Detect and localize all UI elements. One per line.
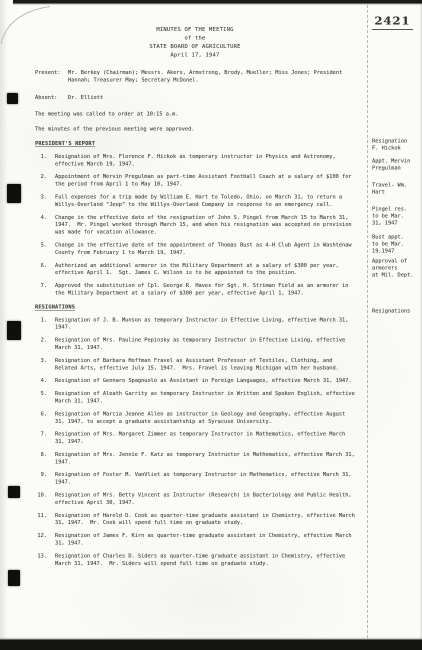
item-text: Resignation of Harold D. Cook as quarter… — [55, 512, 356, 527]
margin-note-line: Hart — [372, 189, 407, 196]
absent-row: Absent: Dr. Elliott — [35, 94, 356, 101]
margin-note-line: Bust appt. — [372, 234, 404, 241]
margin-divider-line — [367, 5, 368, 638]
title-line-4: April 17, 1947 — [35, 51, 355, 60]
item-number: 1. — [35, 316, 47, 331]
item-text: Resignation of Foster M. VanVliet as tem… — [55, 471, 356, 486]
item-number: 4. — [35, 377, 47, 384]
item-number: 3. — [35, 357, 47, 372]
margin-note-line: Approval of — [372, 258, 413, 265]
minutes-item: 12.Resignation of James F. Kirn as quart… — [35, 532, 356, 547]
item-number: 8. — [35, 451, 47, 466]
minutes-item: 1.Resignation of J. B. Munson as tempora… — [35, 316, 356, 331]
item-number: 2. — [35, 173, 47, 188]
margin-note-line: at Mil. Dept. — [372, 272, 413, 279]
minutes-item: 10.Resignation of Mrs. Betty Vincent as … — [35, 492, 356, 507]
minutes-item: 6.Authorized an additional armorer in th… — [35, 262, 356, 277]
item-text: Change in the effective date of the resi… — [55, 214, 356, 236]
binder-mark — [8, 570, 20, 586]
item-text: Resignation of Mrs. Pauline Pepinsky as … — [55, 337, 356, 352]
item-text: Resignation of James F. Kirn as quarter-… — [55, 532, 356, 547]
item-text: Approved the substitution of Cpl. George… — [55, 282, 356, 297]
margin-note-line: armorers — [372, 265, 413, 272]
minutes-item: 4.Change in the effective date of the re… — [35, 214, 356, 236]
item-text: Appointment of Mervin Pregulman as part-… — [55, 173, 356, 188]
minutes-item: 8.Resignation of Mrs. Jennie F. Katz as … — [35, 451, 356, 466]
title-line-3: STATE BOARD OF AGRICULTURE — [35, 42, 355, 51]
margin-note-line: Resignations — [372, 308, 410, 315]
scan-bottom-edge — [0, 640, 422, 650]
item-text: Resignation of Barbara Hoffman Fravel as… — [55, 357, 356, 372]
item-text: Resignation of Mrs. Florence F. Hickok a… — [55, 153, 356, 168]
margin-note: Approval ofarmorersat Mil. Dept. — [372, 258, 413, 279]
margin-note: Travel- Wm.Hart — [372, 182, 407, 196]
section-presidents-report: PRESIDENT'S REPORT1.Resignation of Mrs. … — [35, 140, 356, 297]
minutes-approved-line: The minutes of the previous meeting were… — [35, 126, 356, 133]
minutes-body: Present: Mr. Berkey (Chairman); Messrs. … — [35, 69, 356, 567]
binder-mark — [7, 184, 21, 203]
absent-names: Dr. Elliott — [68, 94, 356, 101]
margin-note: Resignations — [372, 308, 410, 315]
section-resignations: RESIGNATIONS1.Resignation of J. B. Munso… — [35, 303, 356, 567]
item-number: 6. — [35, 410, 47, 425]
page-number: 2421 — [372, 14, 413, 30]
item-number: 7. — [35, 282, 47, 297]
minutes-item: 3.Full expenses for a trip made by Willi… — [35, 193, 356, 208]
binder-mark — [7, 321, 21, 340]
minutes-item: 6.Resignation of Marcia Jeanne Allen as … — [35, 410, 356, 425]
present-row: Present: Mr. Berkey (Chairman); Messrs. … — [35, 69, 356, 84]
item-text: Resignation of Marcia Jeanne Allen as in… — [55, 410, 356, 425]
section-heading: PRESIDENT'S REPORT — [35, 140, 356, 147]
margin-note-line: to be Mar. — [372, 213, 407, 220]
item-text: Full expenses for a trip made by William… — [55, 193, 356, 208]
binder-mark — [7, 93, 18, 104]
item-text: Resignation of Charles D. Siders as quar… — [55, 552, 356, 567]
item-text: Resignation of Aleath Garrity as tempora… — [55, 390, 356, 405]
item-number: 12. — [35, 532, 47, 547]
item-number: 9. — [35, 471, 47, 486]
item-text: Change in the effective date of the appo… — [55, 241, 356, 256]
minutes-item: 2.Appointment of Mervin Pregulman as par… — [35, 173, 356, 188]
item-text: Resignation of Gennaro Spagnuolo as Assi… — [55, 377, 356, 384]
margin-note-line: Appt. Mervin — [372, 158, 410, 165]
call-to-order-line: The meeting was called to order at 10:15… — [35, 111, 356, 118]
present-label: Present: — [35, 69, 68, 84]
screenshot-root: 2421 MINUTES OF THE MEETING of the STATE… — [0, 0, 422, 650]
section-heading: RESIGNATIONS — [35, 303, 356, 310]
item-text: Resignation of Mrs. Betty Vincent as Ins… — [55, 492, 356, 507]
item-number: 5. — [35, 241, 47, 256]
minutes-item: 7.Resignation of Mrs. Margaret Zimmer as… — [35, 431, 356, 446]
item-number: 11. — [35, 512, 47, 527]
margin-note-line: 19,1947 — [372, 248, 404, 255]
item-text: Authorized an additional armorer in the … — [55, 262, 356, 277]
minutes-item: 3.Resignation of Barbara Hoffman Fravel … — [35, 357, 356, 372]
item-number: 4. — [35, 214, 47, 236]
item-number: 5. — [35, 390, 47, 405]
binder-mark — [8, 486, 20, 498]
margin-note: ResignationF. Hickok — [372, 138, 407, 152]
present-names: Mr. Berkey (Chairman); Messrs. Akers, Ar… — [68, 69, 356, 84]
minutes-item: 1.Resignation of Mrs. Florence F. Hickok… — [35, 153, 356, 168]
title-line-2: of the — [35, 34, 355, 43]
minutes-item: 11.Resignation of Harold D. Cook as quar… — [35, 512, 356, 527]
item-number: 2. — [35, 337, 47, 352]
item-number: 10. — [35, 492, 47, 507]
margin-note: Pingel res.to be Mar.31, 1947 — [372, 206, 407, 227]
minutes-item: 7.Approved the substitution of Cpl. Geor… — [35, 282, 356, 297]
item-number: 1. — [35, 153, 47, 168]
item-text: Resignation of Mrs. Jennie F. Katz as te… — [55, 451, 356, 466]
absent-label: Absent: — [35, 94, 68, 101]
minutes-item: 9.Resignation of Foster M. VanVliet as t… — [35, 471, 356, 486]
item-text: Resignation of J. B. Munson as temporary… — [55, 316, 356, 331]
title-line-1: MINUTES OF THE MEETING — [35, 25, 355, 34]
margin-note-line: 31, 1947 — [372, 220, 407, 227]
sections-container: PRESIDENT'S REPORT1.Resignation of Mrs. … — [35, 140, 356, 567]
margin-note-line: Pregulman — [372, 165, 410, 172]
item-text: Resignation of Mrs. Margaret Zimmer as t… — [55, 431, 356, 446]
minutes-item: 5.Resignation of Aleath Garrity as tempo… — [35, 390, 356, 405]
scan-top-edge — [13, 0, 422, 4]
minutes-item: 2.Resignation of Mrs. Pauline Pepinsky a… — [35, 337, 356, 352]
margin-note-line: Travel- Wm. — [372, 182, 407, 189]
scanned-minutes-page: 2421 MINUTES OF THE MEETING of the STATE… — [0, 0, 422, 650]
minutes-item: 13.Resignation of Charles D. Siders as q… — [35, 552, 356, 567]
item-number: 7. — [35, 431, 47, 446]
minutes-item: 4.Resignation of Gennaro Spagnuolo as As… — [35, 377, 356, 384]
margin-note-line: F. Hickok — [372, 145, 407, 152]
minutes-item: 5.Change in the effective date of the ap… — [35, 241, 356, 256]
margin-note: Appt. MervinPregulman — [372, 158, 410, 172]
document-title: MINUTES OF THE MEETING of the STATE BOAR… — [35, 25, 355, 59]
margin-note-line: to be Mar. — [372, 241, 404, 248]
item-number: 6. — [35, 262, 47, 277]
margin-note-line: Pingel res. — [372, 206, 407, 213]
item-number: 13. — [35, 552, 47, 567]
item-number: 3. — [35, 193, 47, 208]
margin-note: Bust appt.to be Mar.19,1947 — [372, 234, 404, 255]
margin-note-line: Resignation — [372, 138, 407, 145]
